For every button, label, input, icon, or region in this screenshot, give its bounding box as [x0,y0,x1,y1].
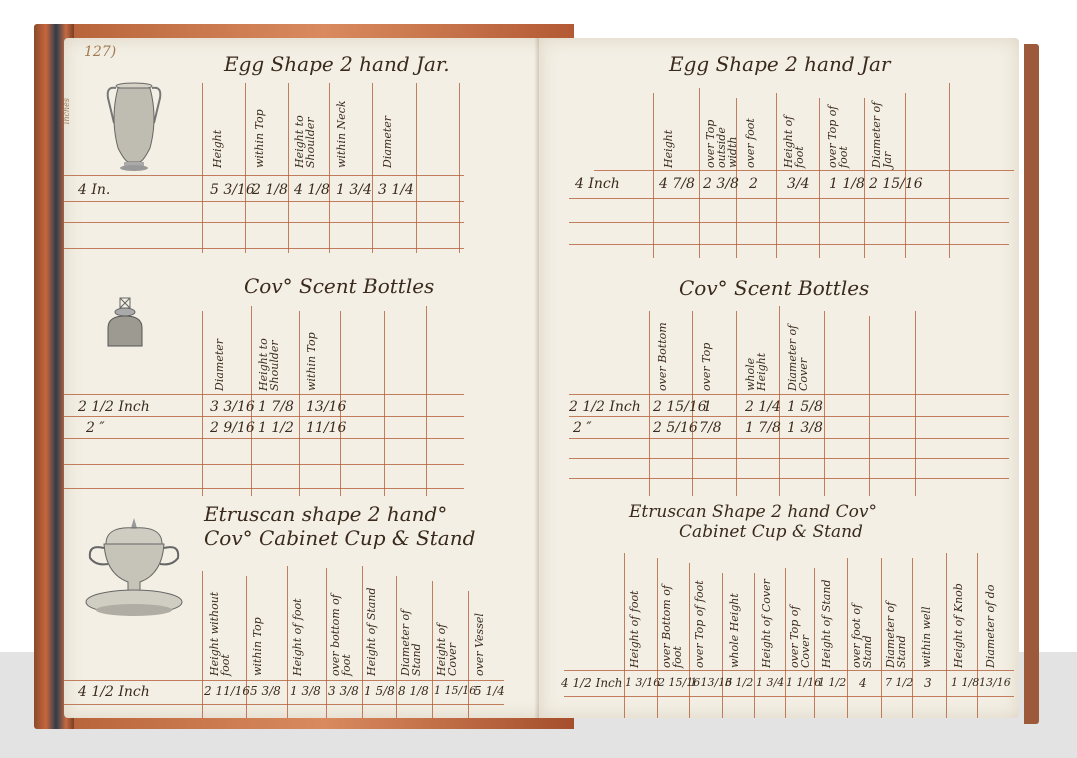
row-label: 2 ″ [86,420,105,436]
table-cell: 3 1/4 [378,182,414,198]
row-label: 4 1/2 Inch [78,684,150,700]
section-title: Etruscan Shape 2 hand Cov° [629,502,877,522]
table-cell: 1 1/2 [258,420,294,436]
open-ledger-book: 127) inches Egg Shape 2 hand Jar. [34,24,1039,729]
table-cell: 1 3/8 [290,684,321,698]
scent-bottle-illustration [100,296,150,351]
column-header: within Top [254,93,276,168]
column-header: within Neck [336,93,362,168]
column-header: over Bottom of foot [661,563,687,668]
table-cell: 2 3/8 [703,176,739,192]
column-header: Diameter of Stand [885,578,909,668]
covered-cup-and-stand-illustration [82,514,187,624]
column-header: Diameter of Stand [400,584,428,676]
row-label: 2 1/2 Inch [78,399,150,415]
section-title-line2: Cabinet Cup & Stand [679,522,863,542]
table-cell: 4 [859,676,867,690]
column-header: Diameter of do [985,553,996,668]
row-label: 4 In. [78,182,110,198]
table-cell: 4 1/8 [294,182,330,198]
table-cell: 7 1/2 [885,676,913,689]
column-header: Height of Cover [761,563,772,668]
column-header: Diameter of Cover [787,316,813,391]
right-page: Egg Shape 2 hand Jar Height over Top out… [539,38,1019,718]
column-header: Height without foot [209,591,237,676]
section-title: Etruscan shape 2 hand° [204,502,447,526]
section-title: Egg Shape 2 hand Jar. [224,52,450,76]
section-egg-shape-jar: Egg Shape 2 hand Jar. Height within Top [64,38,564,268]
table-cell: 1 1/8 [951,676,979,689]
table-cell: 13/16 [979,676,1011,689]
row-label: 4 1/2 Inch [561,676,623,690]
column-header: Height of Cover [436,588,464,676]
column-header: over foot of Stand [851,578,877,668]
section-scent-bottles: Cov° Scent Bottles Diameter Height to Sh… [64,266,564,496]
table-cell: 1 3/16 [625,676,660,689]
table-cell: 1 1/2 [818,676,846,689]
table-cell: 5 3/8 [250,684,281,698]
column-header: Height of Stand [821,563,832,668]
table-cell: 2 1/8 [252,182,288,198]
column-header: Diameter [382,98,393,168]
row-label: 2 1/2 Inch [569,399,641,415]
column-header: within Top [252,596,280,676]
table-cell: 3 [924,676,932,690]
table-cell: 5 3/16 [210,182,255,198]
column-header: over Top outside width [705,93,731,168]
column-header: over Top of foot [827,98,853,168]
table-cell: 1 3/4 [756,676,784,689]
table-cell: 2 [749,176,758,192]
column-header: whole Height [729,568,740,668]
section-title: Cov° Scent Bottles [679,276,869,300]
table-cell: 2 9/16 [210,420,255,436]
section-title: Cov° Scent Bottles [244,274,434,298]
column-header: Height [212,108,223,168]
left-page: 127) inches Egg Shape 2 hand Jar. [64,38,564,718]
column-header: Height of foot [292,581,320,676]
table-cell: 2 1/4 [745,399,781,415]
column-header: Height to Shoulder [258,311,284,391]
table-cell: 3 3/16 [210,399,255,415]
table-cell: 3 3/8 [328,684,359,698]
section-egg-shape-jar: Egg Shape 2 hand Jar Height over Top out… [539,38,1019,268]
column-header: over Top of foot [694,578,720,668]
table-cell: 1 3/8 [787,420,823,436]
table-cell: 2 15/16 [653,399,707,415]
table-cell: 1 1/8 [829,176,865,192]
column-header: within well [921,568,932,668]
section-title: Egg Shape 2 hand Jar [669,52,891,76]
column-header: over foot [745,103,756,168]
column-header: Diameter of Jar [871,93,897,168]
table-cell: 3 1/2 [725,676,753,689]
table-cell: 1 5/8 [364,684,395,698]
table-cell: 3/4 [787,176,810,192]
column-header: over Top of Cover [789,578,813,668]
column-header: whole Height [745,321,771,391]
table-cell: 2 11/16 [204,684,250,698]
table-cell: 2 5/16 [653,420,698,436]
section-etruscan-cabinet-cup: Etruscan Shape 2 hand Cov° Cabinet Cup &… [539,498,1019,718]
column-header: over Vessel [474,566,485,676]
column-header: within Top [306,321,332,391]
table-cell: 4 7/8 [659,176,695,192]
table-cell: 5 1/4 [474,684,505,698]
column-header: Height of Knob [953,558,964,668]
column-header: over Top [701,326,727,391]
section-title-line2: Cov° Cabinet Cup & Stand [204,526,475,550]
table-cell: 1 [703,399,712,415]
column-header: Diameter [214,326,225,391]
row-label: 2 ″ [573,420,592,436]
table-cell: 1 7/8 [745,420,781,436]
table-cell: 1 3/4 [336,182,372,198]
leather-cover-edge [1024,44,1039,724]
two-handled-vase-illustration [94,78,174,173]
table-cell: 1 7/8 [258,399,294,415]
table-cell: 1 5/8 [787,399,823,415]
column-header: Height of foot [629,558,640,668]
table-cell: 7/8 [699,420,722,436]
section-etruscan-cabinet-cup: Etruscan shape 2 hand° Cov° Cabinet Cup … [64,496,564,718]
table-cell: 2 15/16 [869,176,923,192]
column-header: Height [663,108,674,168]
table-cell: 13/16 [306,399,346,415]
column-header: Height of foot [783,103,809,168]
column-header: over Bottom [657,321,683,391]
section-scent-bottles: Cov° Scent Bottles over Bottom over Top … [539,266,1019,498]
column-header: Height of Stand [366,576,394,676]
column-header: over bottom of foot [330,574,358,676]
column-header: Height to Shoulder [294,93,320,168]
table-cell: 1 15/16 [434,684,476,697]
table-cell: 1 1/16 [786,676,821,689]
table-cell: 8 1/8 [398,684,429,698]
table-cell: 11/16 [306,420,346,436]
row-label: 4 Inch [575,176,620,192]
